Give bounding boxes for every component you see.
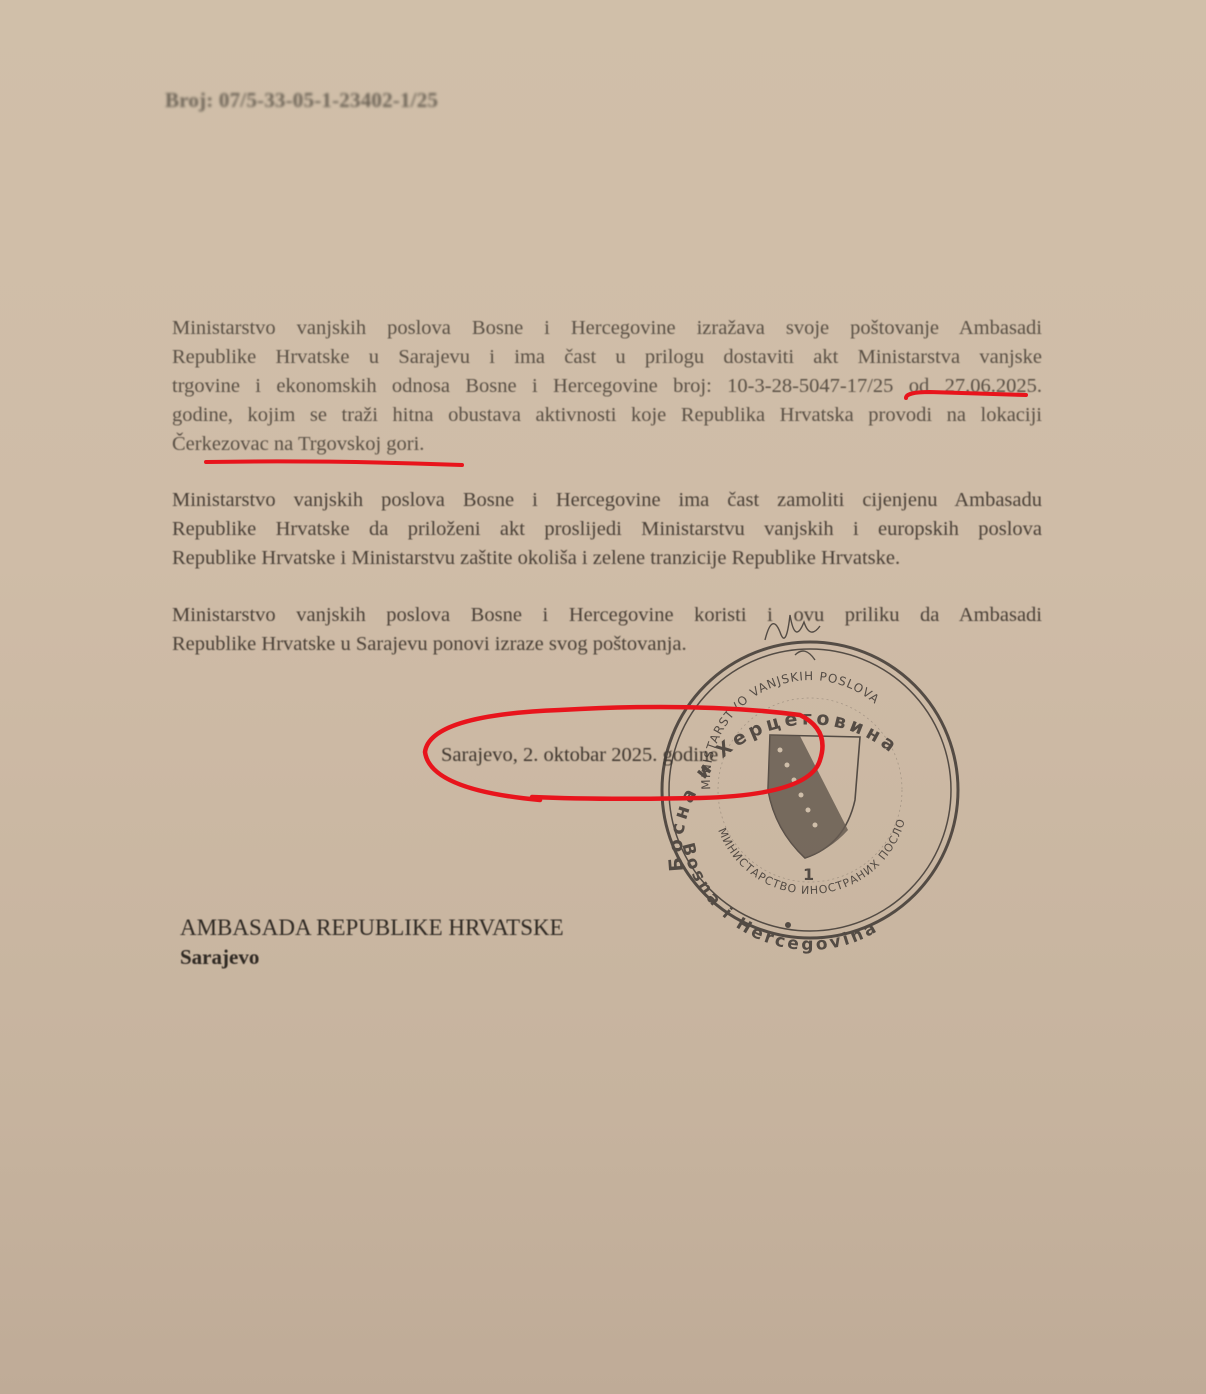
stamp-number: 1 [803, 865, 814, 884]
official-stamp: Босна и Херцеговина Bosna i Hercegovina … [0, 0, 1206, 1394]
addressee: AMBASADA REPUBLIKE HRVATSKE Sarajevo [180, 915, 564, 970]
stamp-outer-text: Босна и Херцеговина [665, 707, 904, 872]
paragraph-line: trgovine i ekonomskih odnosa Bosne i Her… [172, 372, 1042, 401]
paragraph-line: Republike Hrvatske da priloženi akt pros… [172, 515, 1042, 544]
stamp-outer-text-latin: Bosna i Hercegovina [677, 841, 882, 955]
stamp-inner-text: MINISTARSTVO VANJSKIH POSLOVA [699, 669, 883, 790]
paragraph-line: Ministarstvo vanjskih poslova Bosne i He… [172, 486, 1042, 515]
paragraph-line: Republike Hrvatske u Sarajevu ponovi izr… [172, 630, 1042, 659]
paragraph-3: Ministarstvo vanjskih poslova Bosne i He… [172, 601, 1042, 659]
paragraph-line: Republike Hrvatske i Ministarstvu zaštit… [172, 544, 1042, 573]
addressee-city: Sarajevo [180, 945, 564, 970]
addressee-name: AMBASADA REPUBLIKE HRVATSKE [180, 915, 564, 940]
paragraph-line: Ministarstvo vanjskih poslova Bosne i He… [172, 601, 1042, 630]
paragraph-2: Ministarstvo vanjskih poslova Bosne i He… [172, 486, 1042, 573]
paragraph-1: Ministarstvo vanjskih poslova Bosne i He… [172, 314, 1042, 459]
paragraph-line: godine, kojim se traži hitna obustava ak… [172, 401, 1042, 430]
place-date: Sarajevo, 2. oktobar 2025. godine [441, 744, 718, 767]
svg-text:MINISTARSTVO VANJSKIH POSLOVA: MINISTARSTVO VANJSKIH POSLOVA [699, 669, 883, 790]
paragraph-line: Čerkezovac na Trgovskoj gori. [172, 430, 1042, 459]
underline-location-annotation [206, 461, 462, 465]
svg-text:Босна и Херцеговина: Босна и Херцеговина [665, 707, 904, 872]
paragraph-line: Ministarstvo vanjskih poslova Bosne i He… [172, 314, 1042, 343]
reference-number: Broj: 07/5-33-05-1-23402-1/25 [165, 88, 438, 113]
svg-text:Bosna i Hercegovina: Bosna i Hercegovina [677, 841, 882, 955]
paragraph-line: Republike Hrvatske u Sarajevu i ima čast… [172, 343, 1042, 372]
document-page: Broj: 07/5-33-05-1-23402-1/25 Ministarst… [0, 0, 1206, 1394]
